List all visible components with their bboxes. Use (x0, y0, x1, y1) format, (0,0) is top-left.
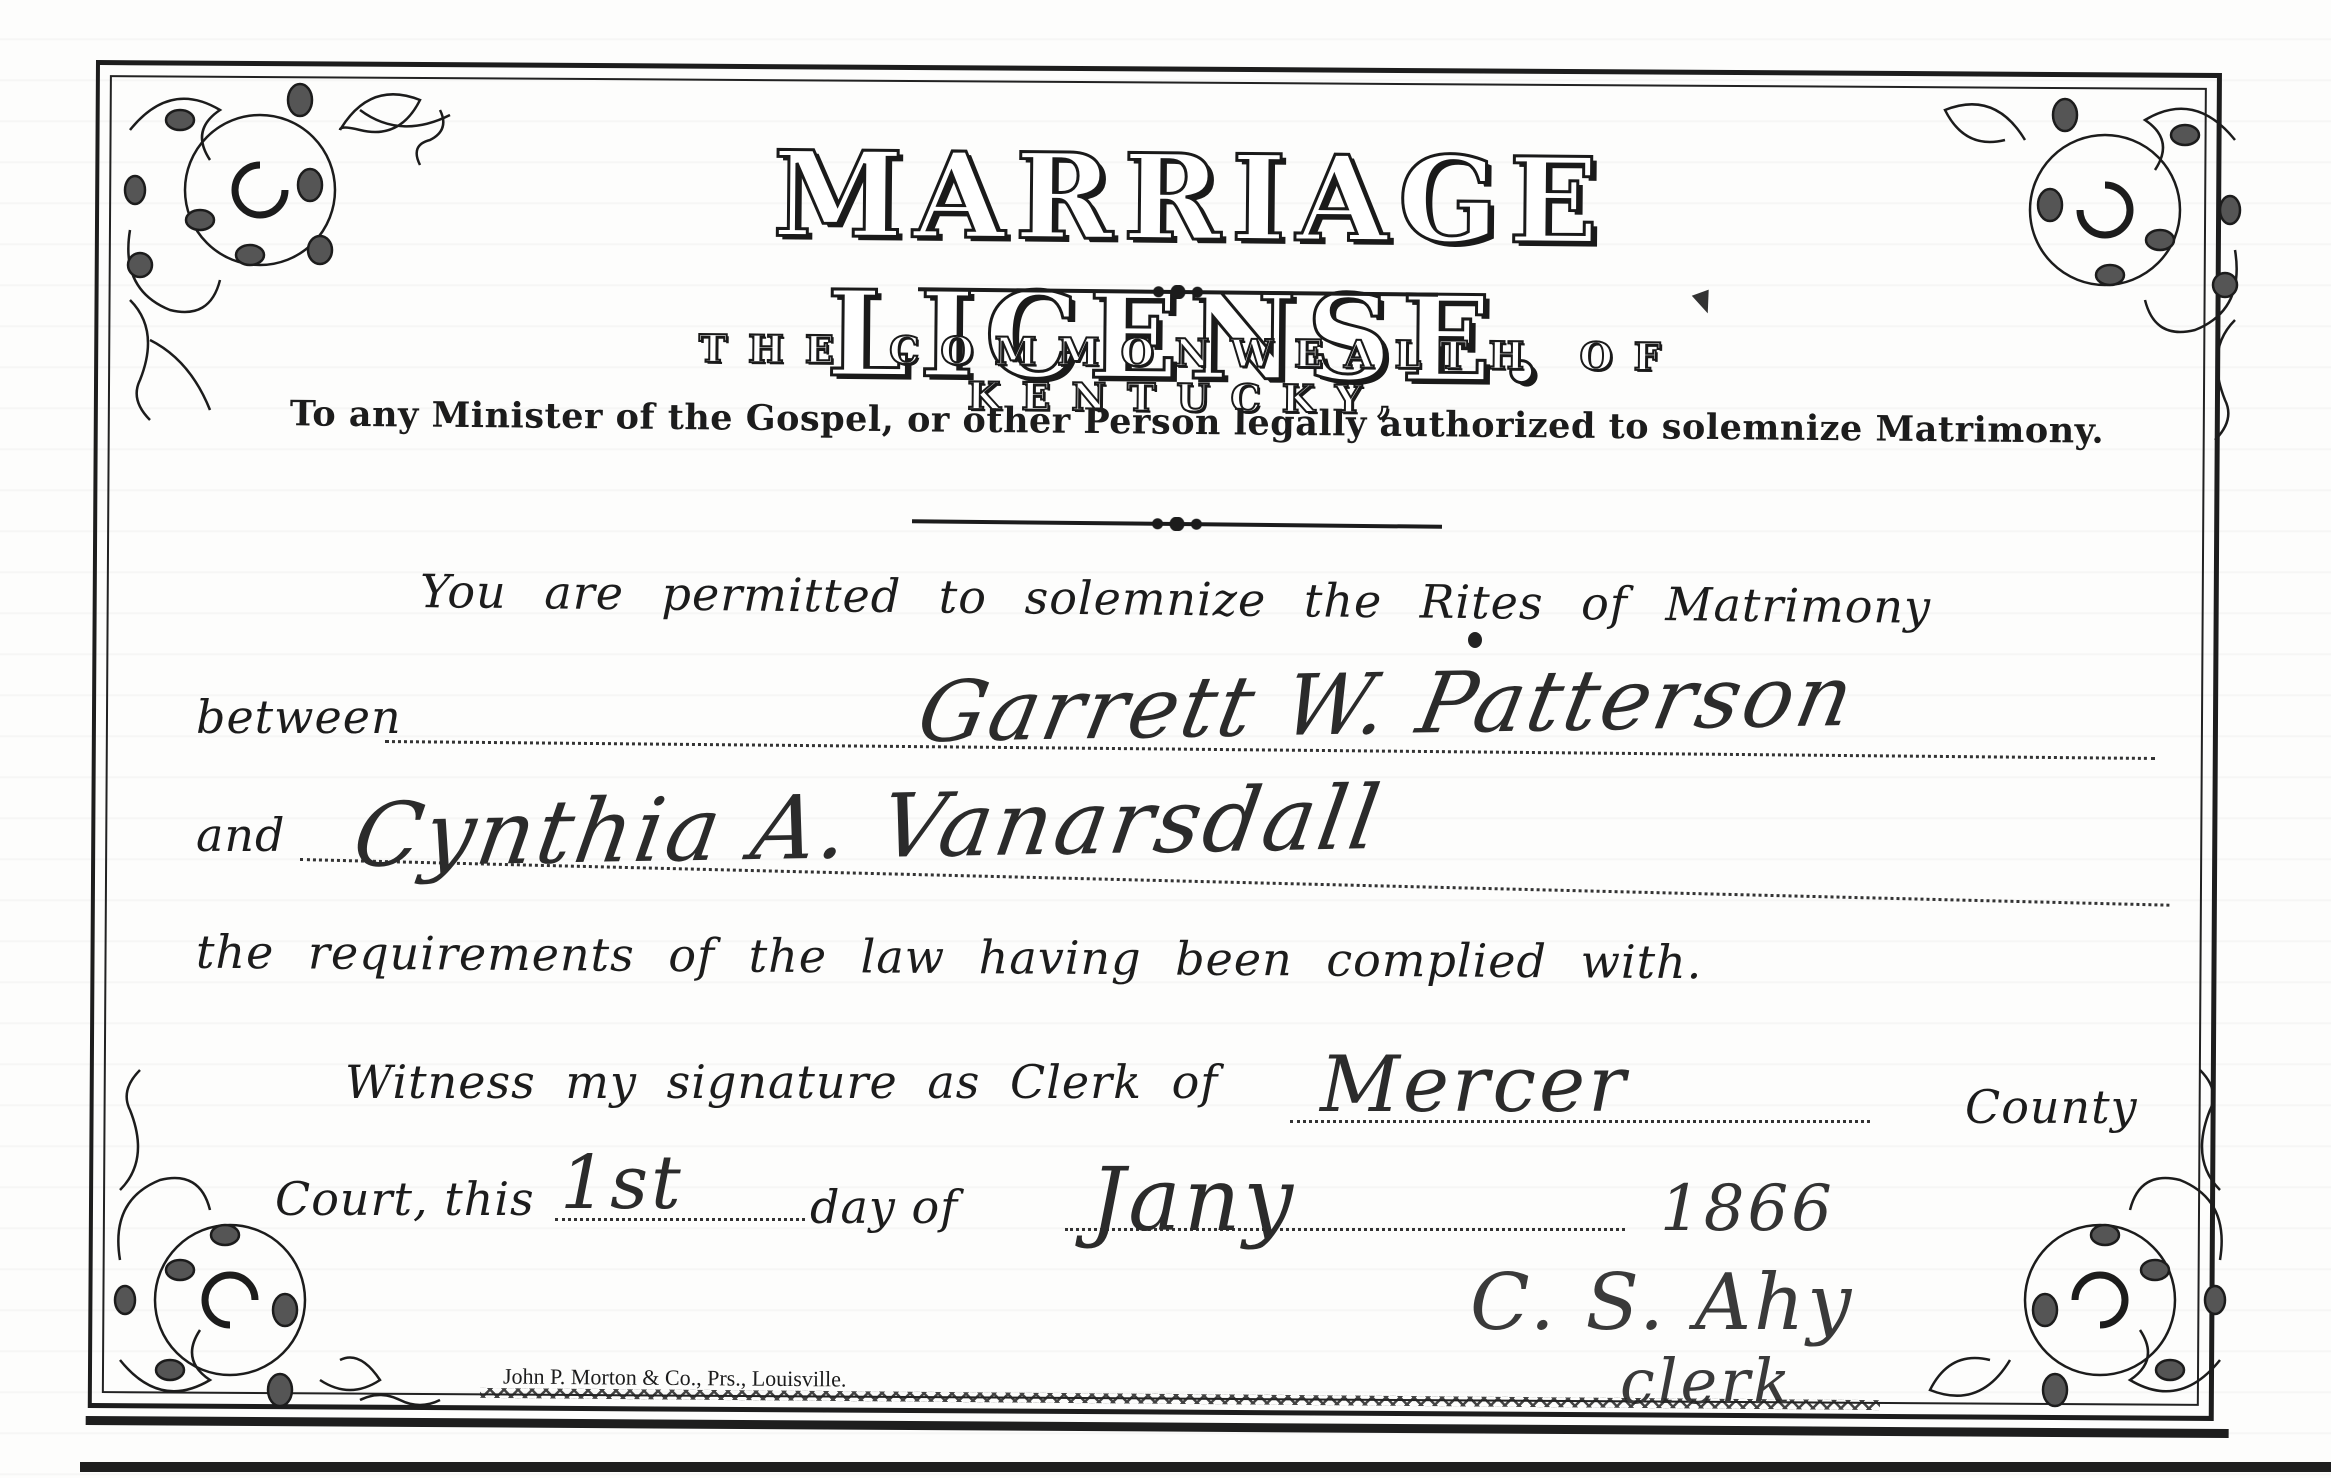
and-label: and (196, 808, 286, 862)
witness-text: Witness my signature as Clerk of (345, 1055, 1218, 1109)
floral-corner-ornament-icon (100, 1060, 460, 1420)
year-field: 1866 (1660, 1172, 1835, 1246)
month-field: Jany (1090, 1148, 1296, 1251)
bride-name-field: Cynthia A. Vanarsdall (347, 766, 1389, 887)
county-name-field: Mercer (1320, 1040, 1628, 1130)
day-field: 1st (560, 1140, 684, 1226)
court-this-label: Court, this (275, 1172, 535, 1226)
requirements-text: the requirements of the law having been … (196, 925, 1703, 990)
county-label: County (1965, 1080, 2138, 1134)
floral-corner-ornament-icon (110, 70, 470, 430)
clerk-signature: C. S. Ahy (1470, 1258, 1854, 1348)
page-divider-rule (80, 1462, 2331, 1472)
groom-name-field: Garrett W. Patterson (911, 647, 1864, 762)
day-of-label: day of (810, 1180, 958, 1234)
ink-blot (1468, 632, 1482, 648)
between-label: between (196, 690, 402, 744)
